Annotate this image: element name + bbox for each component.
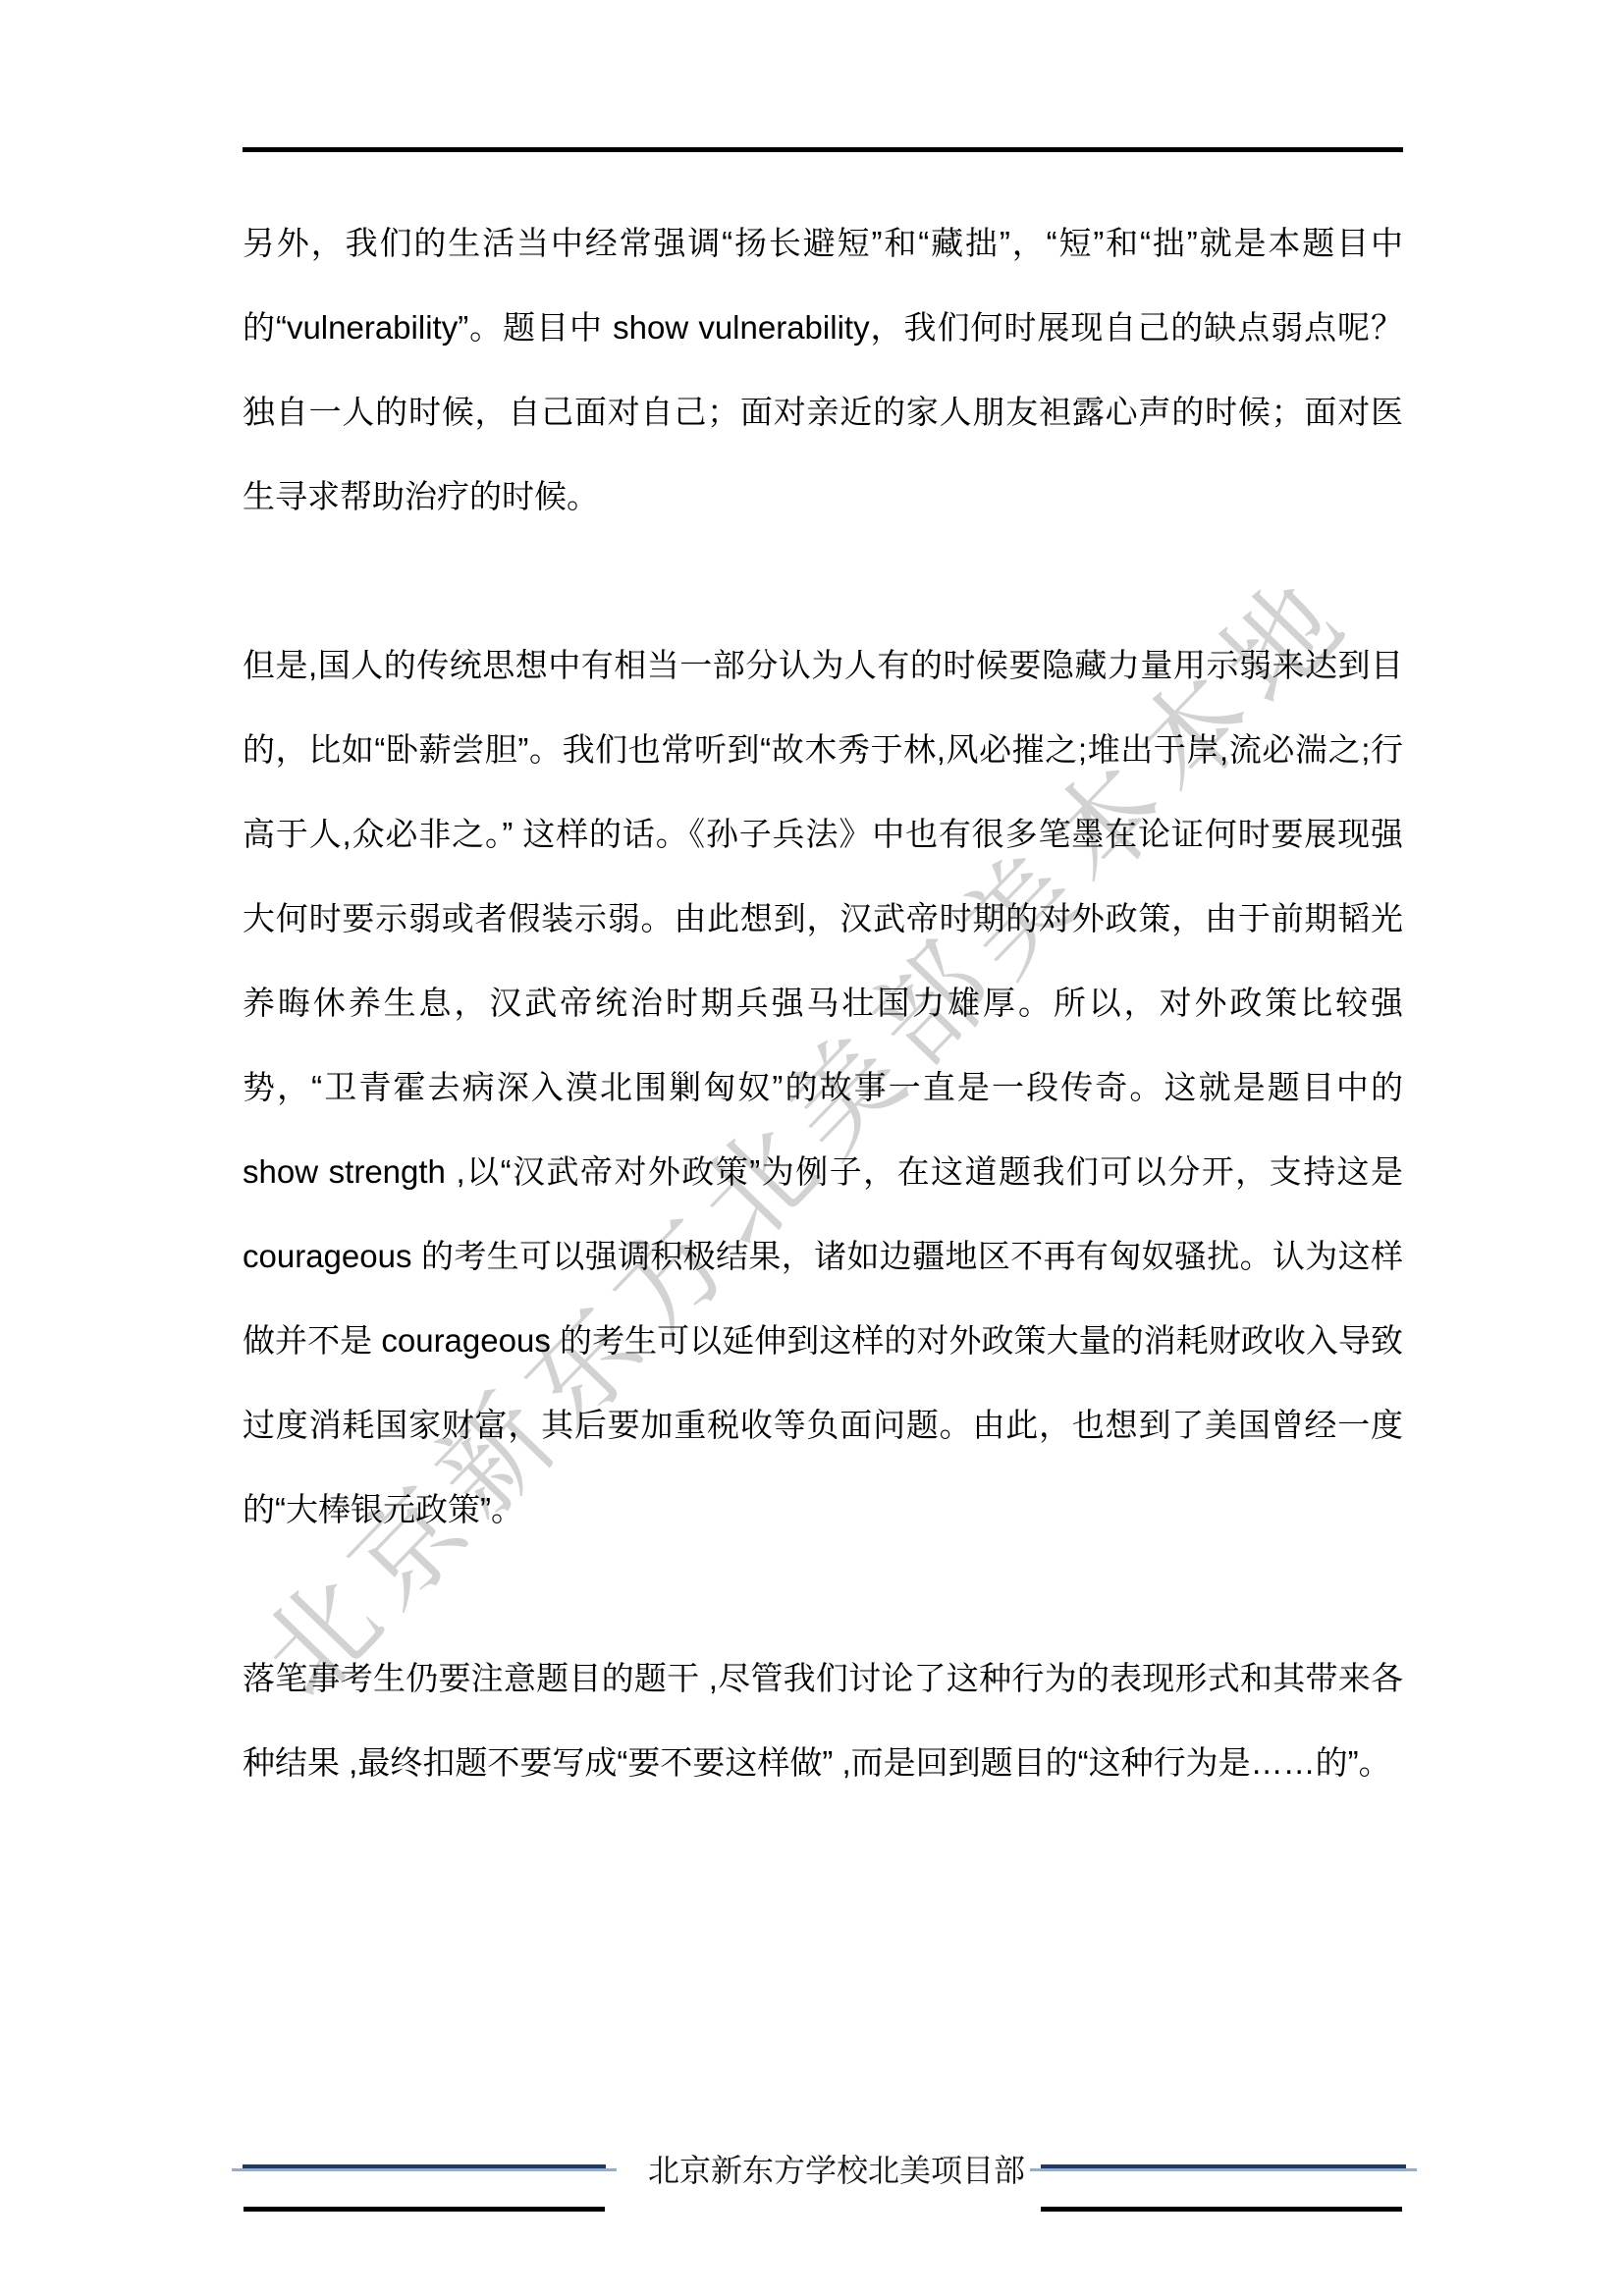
footer-org-name: 北京新东方学校北美项目部 [643,2146,1030,2191]
footer-lightblue-line-right [1030,2168,1417,2171]
top-border-rule [243,147,1403,152]
paragraph-show-strength: 但是,国人的传统思想中有相当一部分认为人有的时候要隐藏力量用示弱来达到目的，比如… [243,623,1403,1552]
footer-navy-line-right [1041,2164,1406,2168]
footer-navy-line-left [243,2164,606,2168]
document-page: 北京新东方北美部美本本地 另外，我们的生活当中经常强调“扬长避短”和“藏拙”，“… [0,0,1624,2296]
paragraph-vulnerability: 另外，我们的生活当中经常强调“扬长避短”和“藏拙”，“短”和“拙”就是本题目中的… [243,201,1403,539]
footer-black-line-right [1041,2207,1402,2212]
paragraph-conclusion: 落笔事考生仍要注意题目的题干 ,尽管我们讨论了这种行为的表现形式和其带来各种结果… [243,1636,1403,1805]
footer-lightblue-line-left [232,2168,617,2171]
footer-black-line-left [244,2207,605,2212]
document-body: 另外，我们的生活当中经常强调“扬长避短”和“藏拙”，“短”和“拙”就是本题目中的… [243,201,1403,1805]
